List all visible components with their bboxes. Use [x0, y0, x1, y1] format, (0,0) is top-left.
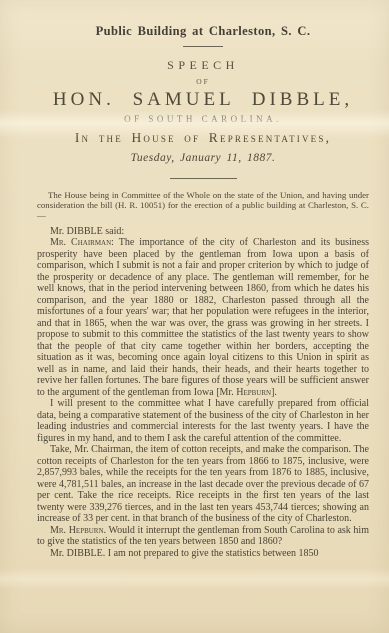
- short-divider: [183, 46, 223, 47]
- speaker-name: HON. SAMUEL DIBBLE,: [37, 89, 369, 111]
- speech-label: SPEECH: [37, 58, 369, 73]
- pamphlet-page: Public Building at Charleston, S. C. SPE…: [0, 0, 389, 633]
- state-line: OF SOUTH CAROLINA.: [37, 114, 369, 124]
- paragraph-official-data: I will present to the committee what I h…: [37, 398, 369, 444]
- paragraph-text: Mr. DIBBLE said:: [50, 226, 124, 237]
- document-header: Public Building at Charleston, S. C. SPE…: [37, 24, 369, 179]
- speaker-inline-hepburn: Mr. Hepburn.: [50, 525, 106, 536]
- long-divider: [170, 178, 237, 179]
- paragraph-text: ].: [271, 387, 277, 398]
- preamble-text: The House being in Committee of the Whol…: [37, 191, 369, 221]
- paragraph-dibble-reply: Mr. DIBBLE. I am not prepared to give th…: [37, 548, 369, 560]
- paragraph-text: Take, Mr. Chairman, the item of cotton r…: [37, 444, 369, 524]
- paragraph-text: Mr. DIBBLE. I am not prepared to give th…: [50, 548, 319, 559]
- date-line: Tuesday, January 11, 1887.: [37, 152, 369, 164]
- paragraph-dibble-said: Mr. DIBBLE said:: [37, 226, 369, 238]
- of-label: OF: [37, 77, 369, 86]
- paper-crease-bottom: [0, 568, 389, 590]
- speaker-inline-chairman: Mr. Chairman: [50, 237, 111, 248]
- speech-body: Mr. DIBBLE said: Mr. Chairman: The impor…: [37, 226, 369, 560]
- paragraph-cotton-rice: Take, Mr. Chairman, the item of cotton r…: [37, 444, 369, 525]
- paragraph-text: I will present to the committee what I h…: [37, 398, 369, 444]
- chamber-line: In the House of Representatives,: [37, 130, 369, 146]
- document-title: Public Building at Charleston, S. C.: [37, 24, 369, 39]
- paragraph-chairman: Mr. Chairman: The importance of the city…: [37, 237, 369, 398]
- paragraph-hepburn-question: Mr. Hepburn. Would it interrupt the gent…: [37, 525, 369, 548]
- paragraph-text: : The importance of the city of Charlest…: [37, 237, 369, 398]
- speaker-inline-hepburn: Hepburn: [236, 387, 271, 398]
